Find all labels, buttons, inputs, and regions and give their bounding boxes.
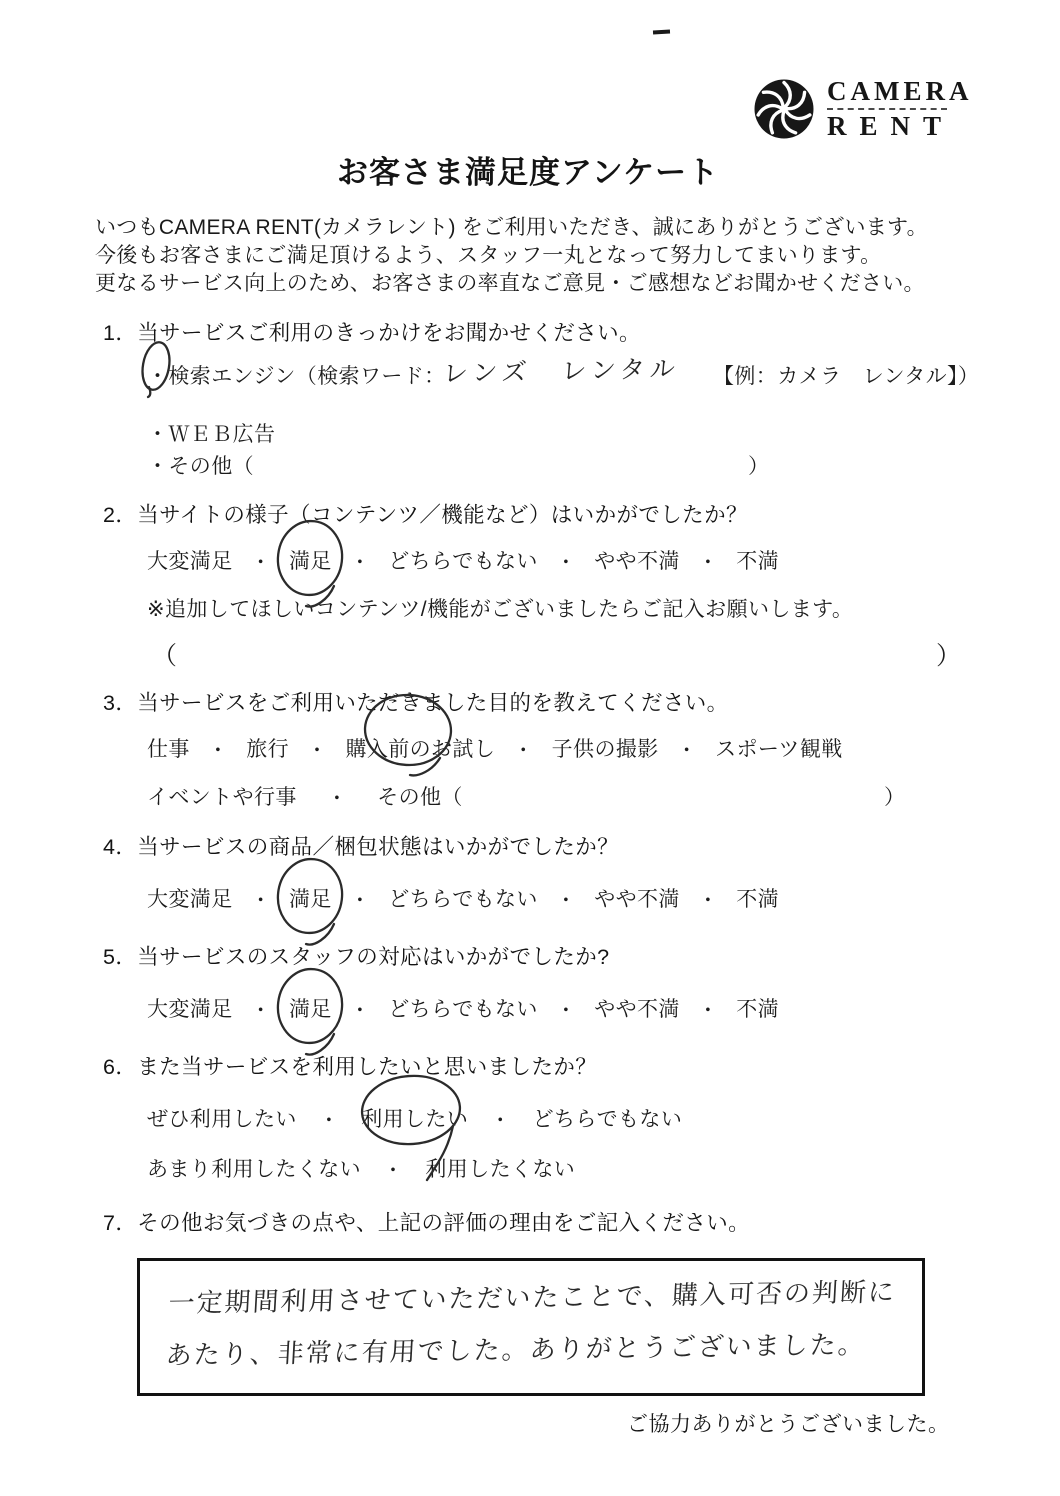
rating-option-selected: 満足 [289,545,332,575]
q7-comment-handwritten: 一定期間利用させていただいたことで、購入可否の判断に あたり、非常に有用でした。… [164,1266,897,1382]
q3-purpose-row-2: イベントや行事 ・ その他（ [147,781,463,811]
q4-title: 4．当サービスの商品／梱包状態はいかがでしたか？ [103,830,619,861]
purpose-option: イベントや行事 [147,781,297,811]
rating-option: どちらでもない [388,993,538,1023]
q1-title: 1．当サービスご利用のきっかけをお聞かせください。 [103,316,641,347]
q2-rating-row: 大変満足 ・ 満足 ・ どちらでもない ・ やや不満 ・ 不満 [147,545,779,575]
q7-comment-box: 一定期間利用させていただいたことで、購入可否の判断に あたり、非常に有用でした。… [137,1258,925,1396]
logo-brand-top: CAMERA [827,78,953,105]
scan-artifact-dash [653,30,670,35]
rating-option: 不満 [736,883,779,913]
closing-thanks: ご協力ありがとうございました。 [627,1408,950,1438]
intro-paragraph: いつもCAMERA RENT(カメラレント) をご利用いただき、誠にありがとうご… [95,214,928,298]
q1-option-other-close: ） [748,450,769,480]
rating-option: やや不満 [594,545,680,575]
separator-dot: ・ [251,884,271,913]
rating-option: 不満 [736,993,779,1023]
purpose-option: 子供の撮影 [552,733,659,763]
separator-dot: ・ [350,546,370,575]
separator-dot: ・ [208,734,228,763]
purpose-option: スポーツ観戦 [715,733,843,763]
rating-option: 大変満足 [147,993,233,1023]
q5-rating-row: 大変満足 ・ 満足 ・ どちらでもない ・ やや不満 ・ 不満 [147,993,779,1023]
q6-reuse-row-2: あまり利用したくない ・ 利用したくない [147,1153,575,1183]
purpose-option: 旅行 [246,733,289,763]
rating-option: 不満 [736,545,779,575]
q2-answer-paren-open: （ [152,636,177,672]
q2-note: ※追加してほしいコンテンツ/機能がございましたらご記入お願いします。 [147,593,853,623]
separator-dot: ・ [677,734,697,763]
rating-option: 大変満足 [147,545,233,575]
intro-line-2: 今後もお客さまにご満足頂けるよう、スタッフ一丸となって努力してまいります。 [95,242,928,270]
separator-dot: ・ [350,884,370,913]
separator-dot: ・ [698,994,718,1023]
separator-dot: ・ [556,546,576,575]
separator-dot: ・ [556,884,576,913]
camera-shutter-icon [753,78,815,145]
intro-line-3: 更なるサービス向上のため、お客さまの率直なご意見・ご感想などお聞かせください。 [95,270,928,298]
survey-page: CAMERA RENT お客さま満足度アンケート いつもCAMERA RENT(… [0,0,1060,1496]
separator-dot: ・ [307,734,327,763]
separator-dot: ・ [698,884,718,913]
reuse-option: 利用したくない [425,1153,575,1183]
separator-dot: ・ [319,1104,339,1133]
q2-answer-paren-close: ） [936,636,961,672]
q5-title: 5．当サービスのスタッフの対応はいかがでしたか? [103,940,610,971]
rating-option: どちらでもない [388,545,538,575]
q1-option-web-ad: ・ＷＥＢ広告 [147,418,275,448]
comment-line-2: あたり、非常に有用でした。ありがとうございました。 [164,1318,894,1381]
logo-brand-bottom: RENT [827,112,953,140]
separator-dot: ・ [251,546,271,575]
logo-text: CAMERA RENT [827,78,953,140]
intro-line-1: いつもCAMERA RENT(カメラレント) をご利用いただき、誠にありがとうご… [95,214,928,242]
rating-option: どちらでもない [388,883,538,913]
rating-option: 大変満足 [147,883,233,913]
q7-title: 7．その他お気づきの点や、上記の評価の理由をご記入ください。 [103,1206,750,1237]
rating-option: やや不満 [594,993,680,1023]
rating-option: やや不満 [594,883,680,913]
logo: CAMERA RENT [753,78,953,145]
q1-search-example: 【例：カメラ レンタル】） [713,360,979,390]
rating-option-selected: 満足 [289,993,332,1023]
separator-dot: ・ [556,994,576,1023]
q1-option-other: ・その他（ [147,450,254,480]
separator-dot: ・ [490,1104,510,1133]
reuse-option: どちらでもない [533,1103,683,1133]
q2-title: 2．当サイトの様子（コンテンツ／機能など）はいかがでしたか？ [103,498,748,529]
purpose-option-selected: 購入前のお試し [345,733,495,763]
reuse-option: あまり利用したくない [147,1153,361,1183]
separator-dot: ・ [350,994,370,1023]
q3-title: 3．当サービスをご利用いただきました目的を教えてください。 [103,686,729,717]
purpose-option-other: その他（ [377,781,463,811]
q1-search-keyword-handwritten: レンズ レンタル [442,349,681,390]
purpose-option: 仕事 [147,733,190,763]
reuse-option-selected: 利用したい [361,1103,468,1133]
separator-dot: ・ [698,546,718,575]
logo-divider [827,108,947,110]
rating-option-selected: 満足 [289,883,332,913]
q3-other-close: ） [884,781,905,811]
q6-reuse-row-1: ぜひ利用したい ・ 利用したい ・ どちらでもない [147,1103,682,1133]
q3-purpose-row-1: 仕事 ・ 旅行 ・ 購入前のお試し ・ 子供の撮影 ・ スポーツ観戦 [147,733,843,763]
q4-rating-row: 大変満足 ・ 満足 ・ どちらでもない ・ やや不満 ・ 不満 [147,883,779,913]
separator-dot: ・ [327,782,347,811]
separator-dot: ・ [251,994,271,1023]
page-title: お客さま満足度アンケート [337,147,719,192]
separator-dot: ・ [383,1154,403,1183]
reuse-option: ぜひ利用したい [147,1103,297,1133]
q1-option-search: ・検索エンジン（検索ワード： [147,360,446,390]
q6-title: 6．また当サービスを利用したいと思いましたか？ [103,1050,597,1081]
separator-dot: ・ [513,734,533,763]
